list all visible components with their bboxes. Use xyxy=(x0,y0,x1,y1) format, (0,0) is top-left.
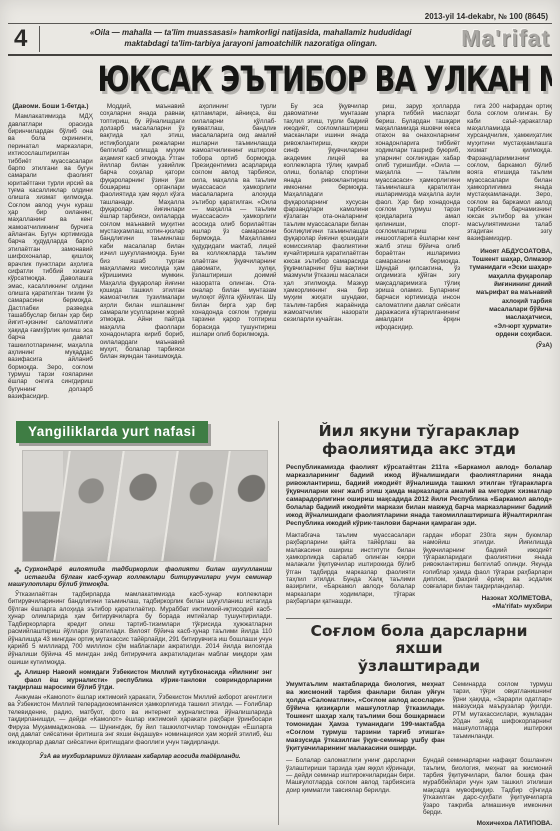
page-motto: «Oila — mahalla — ta'lim muassasasi» ham… xyxy=(40,26,461,52)
article3-columns: — Болалар саломатлиги унинг дарсларни ўз… xyxy=(286,757,552,825)
news-digest-zone: Yangiliklarda yurt nafasi ✤ Сурхондарё в… xyxy=(8,421,279,825)
column-text: Мамлакатимизда МДҲ давлатлари орасида би… xyxy=(8,113,93,400)
article2-lead: Республикамизда фаолият кўрсатаётган 211… xyxy=(286,464,552,528)
ornament-icon: ✤ xyxy=(14,567,22,576)
article-column-5: риш, зарур ҳолларда уларга тиббий маслаҳ… xyxy=(375,103,460,415)
article3-leadrow: Умумтаълим мактабларида биология, меҳнат… xyxy=(286,681,552,753)
article3-col-c: — Болалар саломатлиги унинг дарсларни ўз… xyxy=(286,757,415,825)
article2-col-b-text: гардан иборат 230га яқин буюмлар намойиш… xyxy=(423,532,552,591)
article-column-4: Бу эса ўқувчилар давоматини мунтазам таҳ… xyxy=(283,103,368,415)
article3-col-d-text: Бундай семинарларни нафақат бошланғич та… xyxy=(423,757,552,816)
column-text: гига 200 нафардан ортиқ бола соғлом олин… xyxy=(467,103,552,243)
article3-byline: Мохичеҳра ЛАТИПОВА, «Ma'rifat» мухбири xyxy=(423,820,552,825)
news-item-body: Анжуман «Камолот» ёшлар ижтимоий ҳаракат… xyxy=(8,694,272,747)
article-column-3: аҳолининг турли қатламлари, айниқса, ёш … xyxy=(192,103,277,415)
news-item-lead: Сурхондарё вилоятида тадбиркорлик фаолия… xyxy=(8,566,272,588)
news-item-body: Ўтказилаётган тадбирларда мамлакатимизда… xyxy=(8,591,272,666)
article-column-2: Моддий, маънавий соҳаларни янада равнақ … xyxy=(100,103,185,415)
article2-byline: Назокат ХОЛМЕТОВА, «Ma'rifat» мухбири xyxy=(423,595,552,612)
article3-side-col: Семинарда соғлом турмуш тарзи, тўғри овқ… xyxy=(453,681,552,753)
news-item-1: ✤ Сурхондарё вилоятида тадбиркорлик фаол… xyxy=(8,566,272,666)
news-photo xyxy=(22,450,268,562)
column-text: аҳолининг турли қатламлари, айниқса, ёш … xyxy=(192,103,277,339)
article3-title: Соғлом бола дарсларни яхши ўзлаштиради xyxy=(286,623,552,676)
column-text: Моддий, маънавий соҳаларни янада равнақ … xyxy=(100,103,185,361)
page-number: 4 xyxy=(8,26,40,52)
digest-credit: ЎзА ва мухбирларимиз йўллаган хабарлар а… xyxy=(8,753,272,760)
news-item-lead: Алишер Навоий номидаги Ўзбекистон Миллий… xyxy=(8,669,272,691)
header-hairline xyxy=(8,23,552,24)
article2-columns: Мактабгача таълим муассасалари раҳбарлар… xyxy=(286,532,552,612)
header-rule xyxy=(8,54,552,56)
article2-title: Йил якуни тўгараклар фаолиятида акс этди xyxy=(286,423,552,459)
agency-credit: (ЎзА) xyxy=(467,342,552,349)
continuation-note: (Давоми. Боши 1-бетда.) xyxy=(8,103,93,110)
issue-dateline: 2013-yil 14-dekabr, № 100 (8645) xyxy=(8,12,552,21)
article-divider-rule xyxy=(286,618,552,619)
article-column-1: (Давоми. Боши 1-бетда.) Мамлакатимизда М… xyxy=(8,103,93,415)
news-item-2: ✤ Алишер Навоий номидаги Ўзбекистон Милл… xyxy=(8,669,272,746)
newspaper-page: 2013-yil 14-dekabr, № 100 (8645) 4 «Oila… xyxy=(0,0,560,831)
secondary-articles-zone: Йил якуни тўгараклар фаолиятида акс этди… xyxy=(279,421,552,825)
main-headline-text: ЮКСАК ЭЪТИБОР ВА УЛКАН МАСЪУЛИЯТ xyxy=(97,60,552,100)
article3-lead: Умумтаълим мактабларида биология, меҳнат… xyxy=(286,681,445,753)
lower-section: Yangiliklarda yurt nafasi ✤ Сурхондарё в… xyxy=(8,421,552,825)
section-banner: Yangiliklarda yurt nafasi xyxy=(16,421,208,443)
main-article-columns: (Давоми. Боши 1-бетда.) Мамлакатимизда М… xyxy=(8,103,552,415)
article2-col-a: Мактабгача таълим муассасалари раҳбарлар… xyxy=(286,532,415,612)
masthead-logo: Ma'rifat xyxy=(461,25,552,52)
ornament-icon: ✤ xyxy=(14,670,22,679)
column-text: риш, зарур ҳолларда уларга тиббий маслаҳ… xyxy=(375,103,460,331)
article2-col-b: гардан иборат 230га яқин буюмлар намойиш… xyxy=(423,532,552,612)
article3-col-d: Бундай семинарларни нафақат бошланғич та… xyxy=(423,757,552,825)
column-text: Бу эса ўқувчилар давоматини мунтазам таҳ… xyxy=(283,103,368,324)
article-column-6: гига 200 нафардан ортиқ бола соғлом олин… xyxy=(467,103,552,415)
author-byline: Иноят АБДУСОАТОВА, Тошкент шаҳар, Олмазо… xyxy=(467,248,552,340)
header-row: 4 «Oila — mahalla — ta'lim muassasasi» h… xyxy=(8,25,552,52)
main-headline: ЮКСАК ЭЪТИБОР ВА УЛКАН МАСЪУЛИЯТ xyxy=(8,60,552,100)
